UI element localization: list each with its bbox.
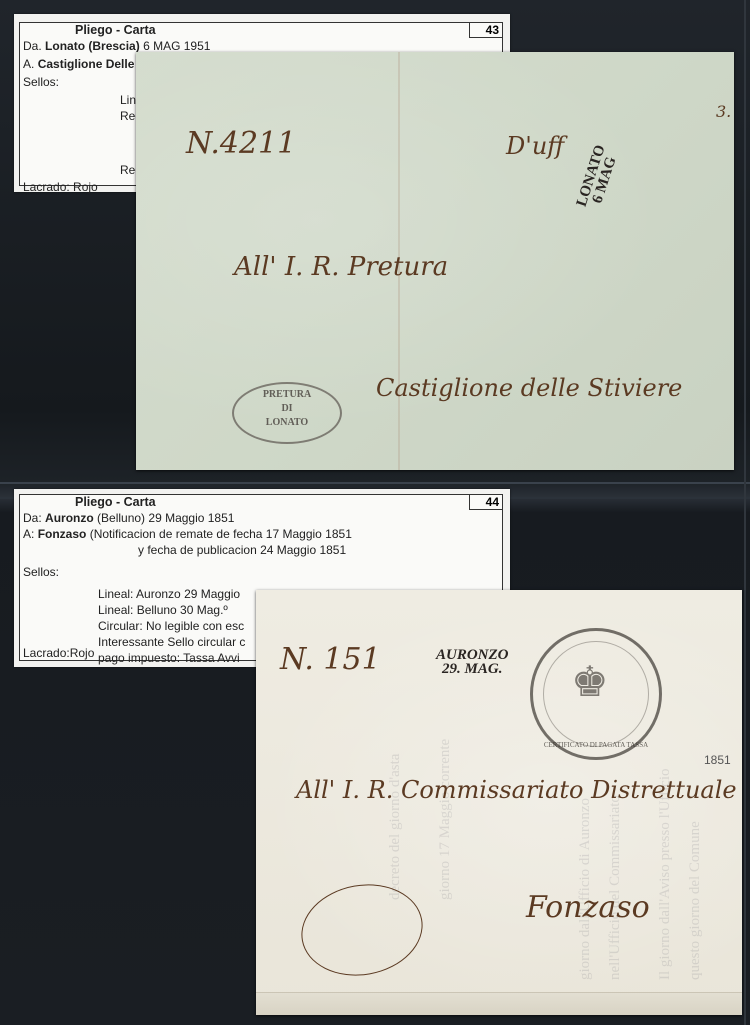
printed-text-bleedthrough: giorno 17 Maggio corrente bbox=[436, 600, 454, 900]
lot-44-cover-letter[interactable]: decreto del giorno d'asta giorno 17 Magg… bbox=[256, 590, 742, 1015]
lot-title: Pliego - Carta bbox=[75, 23, 156, 37]
lot-destination-note: y fecha de publicacion 24 Maggio 1851 bbox=[138, 543, 346, 557]
destination-line: Castiglione delle Stiviere bbox=[376, 374, 682, 402]
stamp-entry: pago impuesto: Tassa Avvi bbox=[98, 651, 240, 665]
stock-strip-divider bbox=[0, 482, 750, 484]
printed-text-bleedthrough: decreto del giorno d'asta bbox=[386, 600, 404, 900]
stamp-entry: Interessante Sello circular c bbox=[98, 635, 245, 649]
stamps-heading: Sellos: bbox=[23, 565, 59, 579]
eagle-emblem-icon: ♚ bbox=[571, 661, 609, 703]
rate-circle-mark bbox=[294, 875, 430, 985]
lot-title: Pliego - Carta bbox=[75, 495, 156, 509]
stamp-entry: Lineal: Belluno 30 Mag.º bbox=[98, 603, 228, 617]
lot-destination: A. Castiglione Delle bbox=[23, 57, 134, 71]
official-rate-mark: D'uff bbox=[506, 132, 564, 160]
lot-43-cover-letter[interactable]: N.4211 3. D'uff LONATO 6 MAG All' I. R. … bbox=[136, 52, 734, 470]
lot-origin: Da: Auronzo (Belluno) 29 Maggio 1851 bbox=[23, 511, 234, 525]
auronzo-linear-postmark: AURONZO 29. MAG. bbox=[436, 648, 509, 676]
addressee-line: All' I. R. Commissariato Distrettuale di bbox=[296, 776, 742, 804]
pencil-year-note: 1851 bbox=[704, 753, 731, 767]
destination-line: Fonzaso bbox=[526, 890, 650, 925]
seal-info: Lacrado:Rojo bbox=[23, 646, 94, 660]
lot-number: 43 bbox=[469, 22, 503, 38]
registry-number-mark: N.4211 bbox=[186, 126, 296, 161]
stamp-entry: Circular: No legible con esc bbox=[98, 619, 244, 633]
lot-origin: Da. Lonato (Brescia) 6 MAG 1951 bbox=[23, 39, 210, 53]
lot-number: 44 bbox=[469, 494, 503, 510]
corner-mark: 3. bbox=[716, 102, 731, 121]
lonato-linear-postmark: LONATO 6 MAG bbox=[575, 143, 621, 212]
folded-paper-edge bbox=[256, 992, 742, 1015]
stamp-entry: Lineal: Auronzo 29 Maggio bbox=[98, 587, 240, 601]
tassa-pagata-circular-stamp: ♚ CERTIFICATO DI PAGATA TASSA bbox=[530, 628, 662, 760]
stamps-heading: Sellos: bbox=[23, 75, 59, 89]
addressee-line: All' I. R. Pretura bbox=[234, 252, 448, 282]
seal-info: Lacrado: Rojo bbox=[23, 180, 98, 194]
registry-number-mark: N. 151 bbox=[280, 642, 381, 677]
page-edge bbox=[744, 0, 746, 1025]
lot-destination: A: Fonzaso (Notificacion de remate de fe… bbox=[23, 527, 352, 541]
pretura-oval-cancel: PRETURA DI LONATO bbox=[232, 382, 342, 444]
